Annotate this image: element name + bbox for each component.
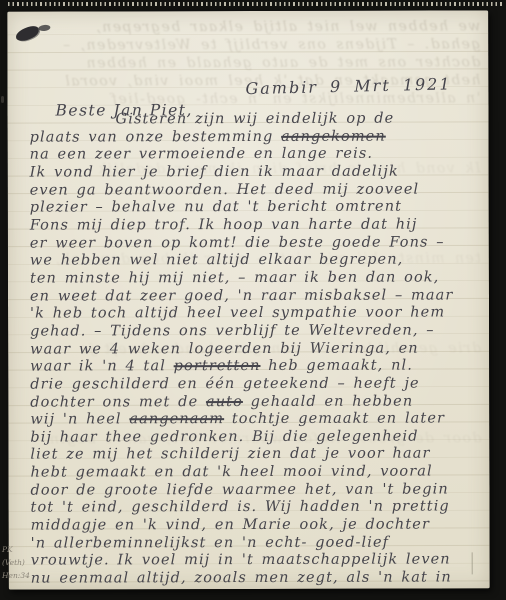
body-line: drie geschilderd en één geteekend – heef… <box>30 375 481 394</box>
letter-paper: we hebben wel niet altijd elkaar begrepe… <box>7 10 490 589</box>
body-line: bij haar thee gedronken. Bij die gelegen… <box>30 428 481 447</box>
body-line: vrouwtje. Ik voel mij in 't maatschappel… <box>31 552 482 571</box>
body-line: waar we 4 weken logeerden bij Wieringa, … <box>30 340 481 359</box>
body-line: even ga beantwoorden. Het deed mij zoove… <box>30 181 481 200</box>
body-line: nu eenmaal altijd, zooals men zegt, als … <box>31 569 482 588</box>
body-line: gehad. – Tijdens ons verblijf te Weltevr… <box>30 322 481 341</box>
body-line: en weet dat zeer goed, 'n raar misbaksel… <box>30 287 481 306</box>
bleedthrough-line: gehad. – Tijdens ons verblijf te Weltevr… <box>21 36 480 53</box>
body-line: plezier – behalve nu dat 't bericht omtr… <box>30 199 481 218</box>
torn-perforation-edge <box>8 2 502 6</box>
body-line: waar ik 'n 4 tal portretten heb gemaakt,… <box>30 358 481 377</box>
pencil-note-line: (Veth) <box>2 556 46 569</box>
body-line: 'n allerbeminnelijkst en 'n echt- goed-l… <box>31 534 482 553</box>
body-line: ten minste hij mij niet, – maar ik ben d… <box>30 269 481 288</box>
body-line: Gisteren zijn wij eindelijk op de <box>30 110 481 129</box>
body-line: er weer boven op komt! die beste goede F… <box>30 234 481 253</box>
body-line: door de groote liefde waarmee het, van '… <box>30 481 481 500</box>
letter-photograph: we hebben wel niet altijd elkaar begrepe… <box>0 0 506 600</box>
pencil-annotation: PK (Veth) Hen:34 <box>2 543 46 582</box>
pencil-tick-mark <box>472 552 473 574</box>
body-line: we hebben wel niet altijd elkaar begrepe… <box>30 252 481 271</box>
body-line: hebt gemaakt en dat 'k heel mooi vind, v… <box>30 464 481 483</box>
body-line: dochter ons met de auto gehaald en hebbe… <box>30 393 481 412</box>
bleedthrough-line: we hebben wel niet altijd elkaar begrepe… <box>21 18 480 35</box>
body-line: wij 'n heel aangenaam tochtje gemaakt en… <box>30 411 481 430</box>
body-line: plaats van onze bestemming aangekomen <box>30 128 481 147</box>
body-line: 'k heb toch altijd heel veel sympathie v… <box>30 305 481 324</box>
pencil-note-line: PK <box>2 543 46 556</box>
pencil-note-line: Hen:34 <box>2 569 46 582</box>
letter-body: Gisteren zijn wij eindelijk op deplaats … <box>30 110 482 588</box>
edge-speck <box>1 96 4 103</box>
body-line: na een zeer vermoeiende en lange reis. <box>30 146 481 165</box>
body-line: liet ze mij het schilderij zien dat je v… <box>30 446 481 465</box>
body-line: tot 't eind, geschilderd is. Wij hadden … <box>31 499 482 518</box>
body-line: Fons mij diep trof. Ik hoop van harte da… <box>30 216 481 235</box>
body-line: middagje en 'k vind, en Marie ook, je do… <box>31 516 482 535</box>
body-line: Ik vond hier je brief dien ik maar dadel… <box>30 163 481 182</box>
bleedthrough-line: dochter ons met de auto gehaald en hebbe… <box>21 54 480 71</box>
